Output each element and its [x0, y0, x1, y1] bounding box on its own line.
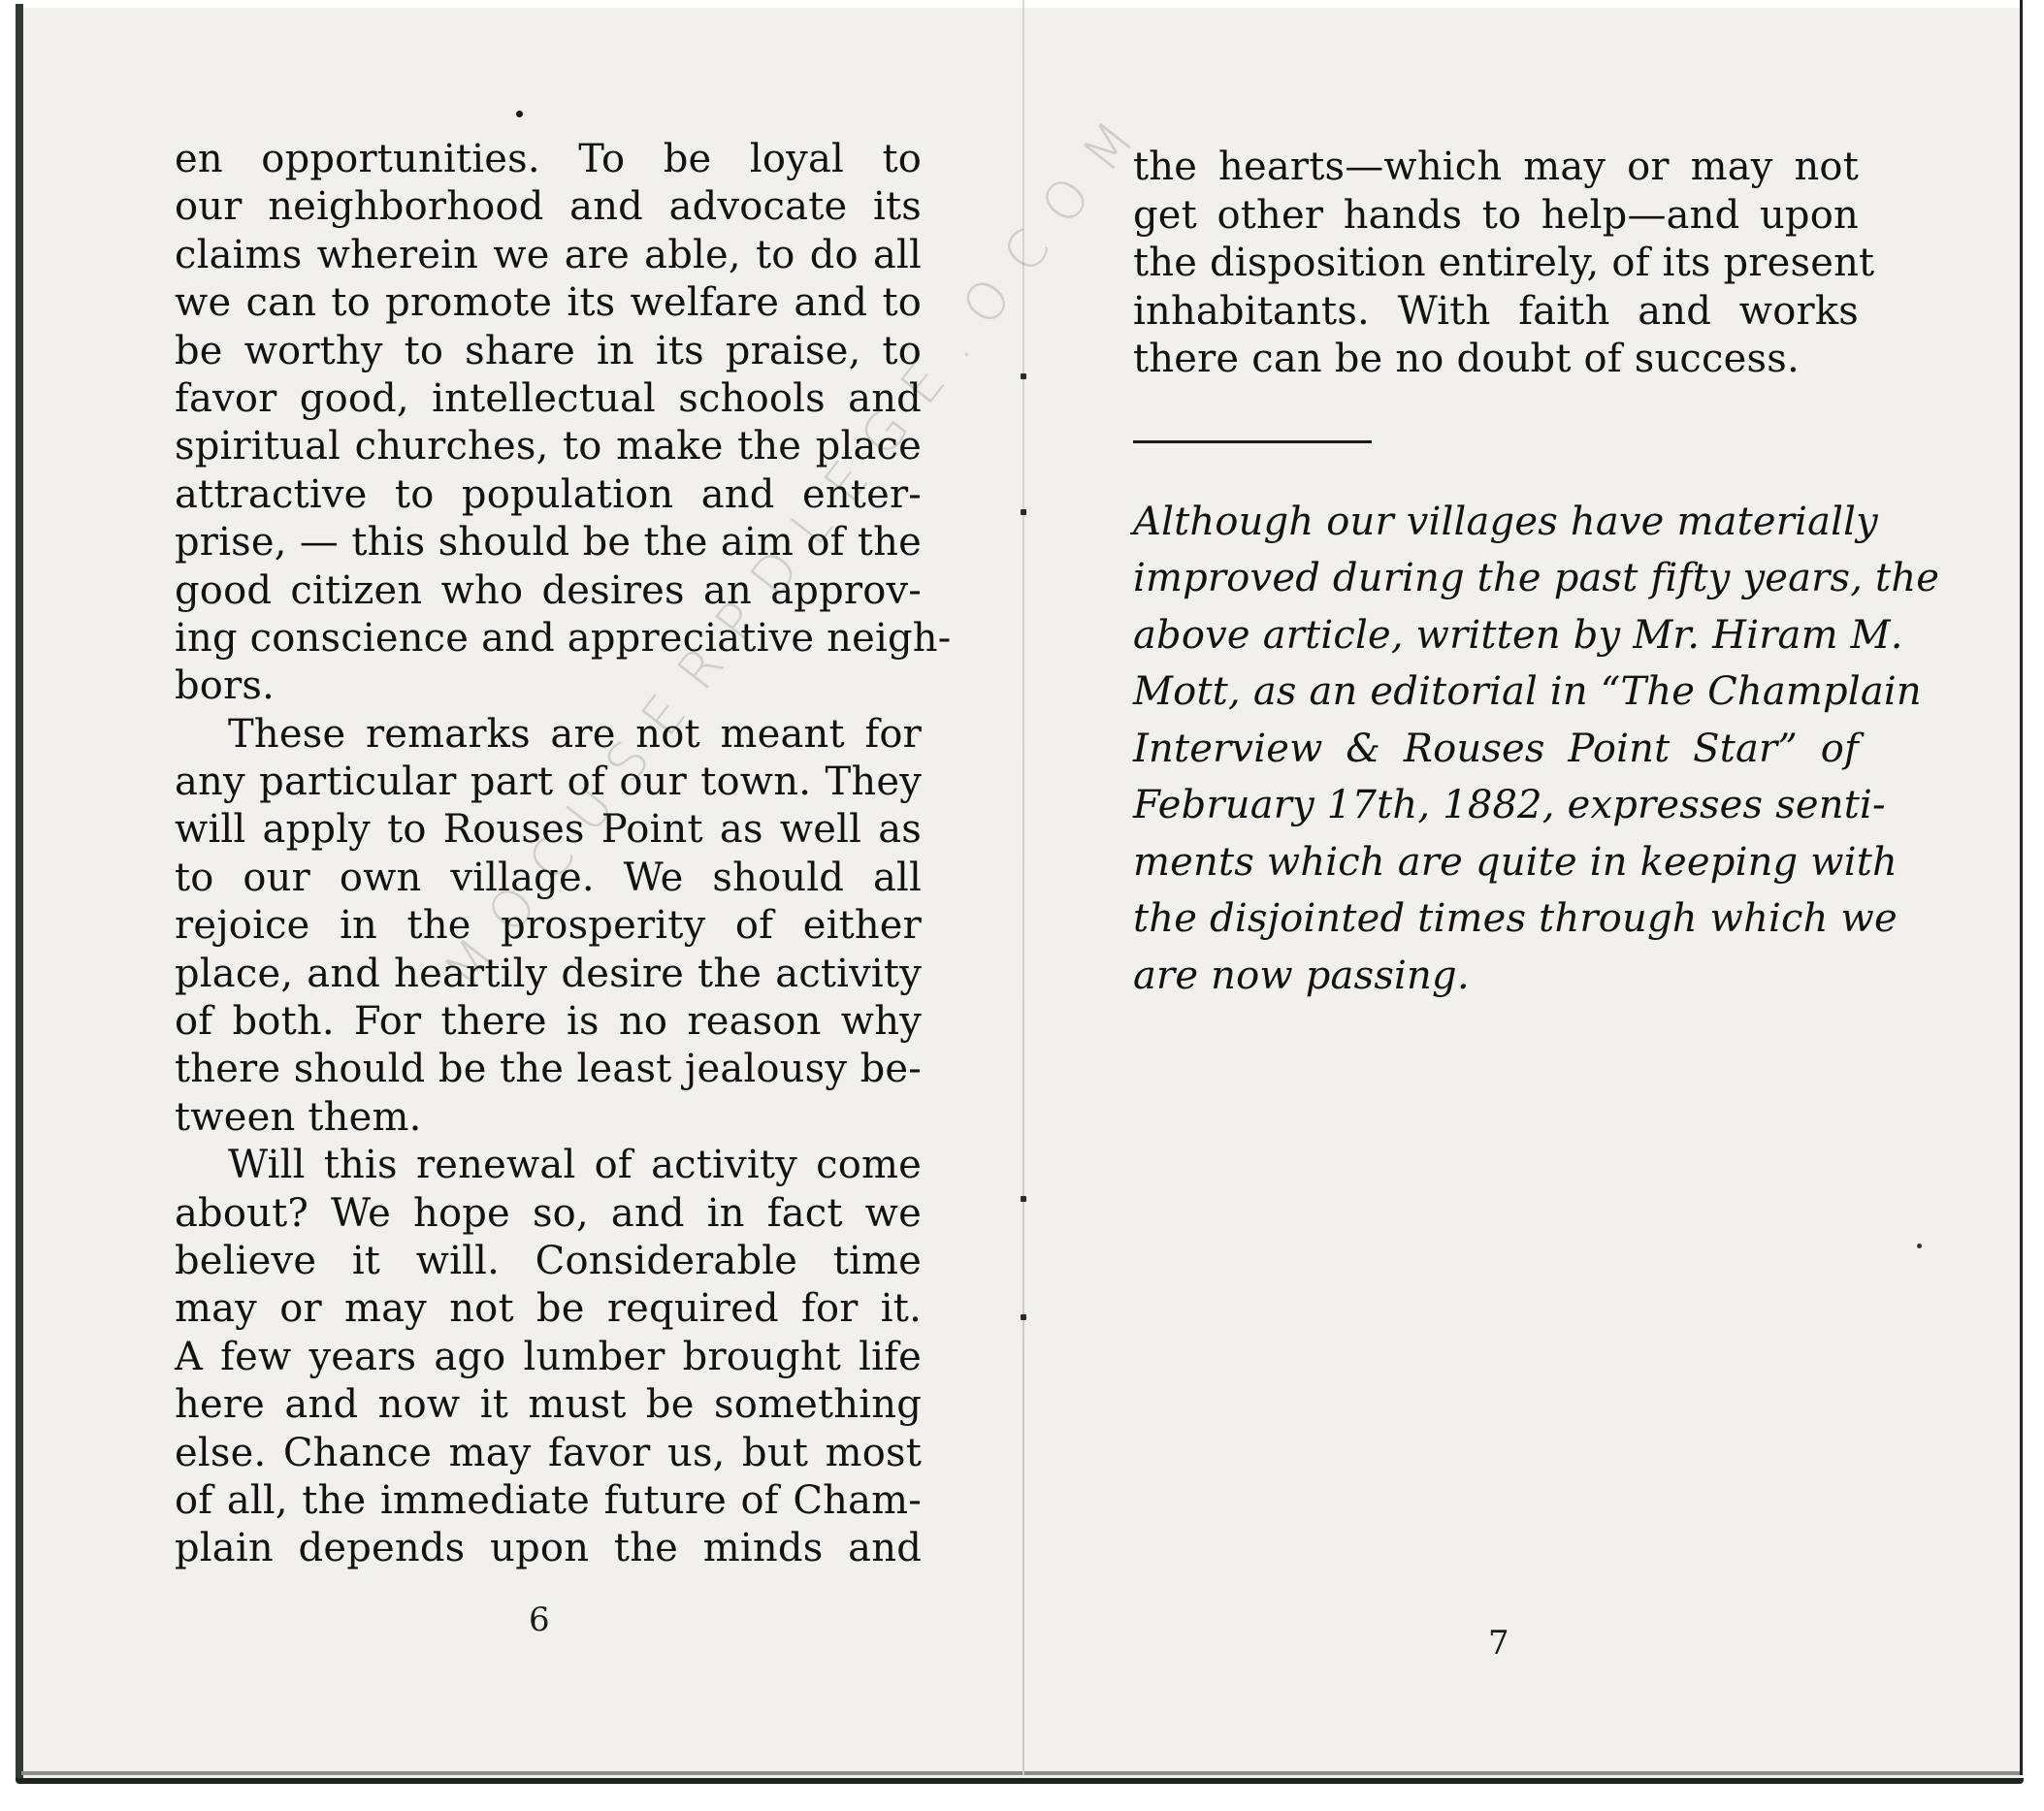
bottom-page-shadow — [21, 1771, 2020, 1775]
text-line: we can to promote its welfare and to — [175, 279, 922, 327]
text-line: inhabitants. With faith and works — [1133, 288, 1859, 337]
text-line: February 17th, 1882, expresses senti- — [1133, 777, 1859, 834]
text-line: en opportunities. To be loyal to — [175, 136, 922, 183]
text-line: may or may not be required for it. — [175, 1285, 922, 1333]
text-line: here and now it must be something — [175, 1381, 922, 1429]
text-line: of all, the immediate future of Cham- — [175, 1477, 922, 1525]
text-line: bors. — [175, 663, 922, 710]
right-page-body: the hearts—which may or may notget other… — [1133, 144, 1859, 384]
staple-icon — [1021, 1314, 1026, 1320]
text-line: are now passing. — [1133, 948, 1859, 1005]
text-line: good citizen who desires an approv- — [175, 567, 922, 615]
text-line: plain depends upon the minds and — [175, 1525, 922, 1572]
editor-note-italic: Although our villages have materiallyimp… — [1133, 494, 1859, 1005]
booklet-spine-edge — [16, 4, 23, 1779]
right-page-edge — [2020, 0, 2023, 1775]
text-line: about? We hope so, and in fact we — [175, 1190, 922, 1238]
text-line: These remarks are not meant for — [175, 711, 922, 759]
text-line: to our own village. We should all — [175, 855, 922, 902]
staple-icon — [1021, 509, 1026, 515]
text-line: tween them. — [175, 1094, 922, 1142]
paper-speck — [1917, 1244, 1922, 1248]
text-line: attractive to population and enter- — [175, 471, 922, 519]
ornament-dot — [516, 111, 523, 117]
text-line: rejoice in the prosperity of either — [175, 902, 922, 950]
staple-icon — [1021, 373, 1026, 379]
text-line: will apply to Rouses Point as well as — [175, 806, 922, 854]
left-page-text: en opportunities. To be loyal toour neig… — [175, 136, 922, 1573]
text-line: be worthy to share in its praise, to — [175, 328, 922, 375]
page-number-right: 7 — [1488, 1624, 1509, 1663]
text-line: believe it will. Considerable time — [175, 1238, 922, 1285]
bottom-cover-edge — [16, 1778, 2024, 1784]
text-line: there should be the least jealousy be- — [175, 1046, 922, 1093]
text-line: the disposition entirely, of its present — [1133, 240, 1859, 288]
text-line: ments which are quite in keeping with — [1133, 834, 1859, 891]
text-line: else. Chance may favor us, but most — [175, 1430, 922, 1477]
text-line: get other hands to help—and upon — [1133, 192, 1859, 241]
text-line: above article, written by Mr. Hiram M. — [1133, 607, 1859, 664]
staple-icon — [1021, 1196, 1026, 1202]
section-divider-rule — [1133, 440, 1372, 443]
text-line: our neighborhood and advocate its — [175, 183, 922, 231]
text-line: the disjointed times through which we — [1133, 890, 1859, 948]
text-line: any particular part of our town. They — [175, 759, 922, 806]
page-number-left: 6 — [529, 1601, 550, 1639]
text-line: ing conscience and appreciative neigh- — [175, 615, 922, 663]
text-line: prise, — this should be the aim of the — [175, 519, 922, 566]
text-line: A few years ago lumber brought life — [175, 1334, 922, 1381]
text-line: there can be no doubt of success. — [1133, 336, 1859, 384]
text-line: claims wherein we are able, to do all — [175, 232, 922, 279]
text-line: of both. For there is no reason why — [175, 998, 922, 1046]
text-line: place, and heartily desire the activity — [175, 951, 922, 998]
right-page-text: the hearts—which may or may notget other… — [1133, 144, 1859, 1004]
text-line: the hearts—which may or may not — [1133, 144, 1859, 192]
text-line: Although our villages have materially — [1133, 494, 1859, 551]
text-line: improved during the past fifty years, th… — [1133, 550, 1859, 607]
text-line: Mott, as an editorial in “The Champlain — [1133, 663, 1859, 721]
text-line: Will this renewal of activity come — [175, 1142, 922, 1189]
text-line: favor good, intellectual schools and — [175, 375, 922, 423]
text-line: spiritual churches, to make the place — [175, 423, 922, 470]
text-line: Interview & Rouses Point Star” of — [1133, 721, 1859, 778]
